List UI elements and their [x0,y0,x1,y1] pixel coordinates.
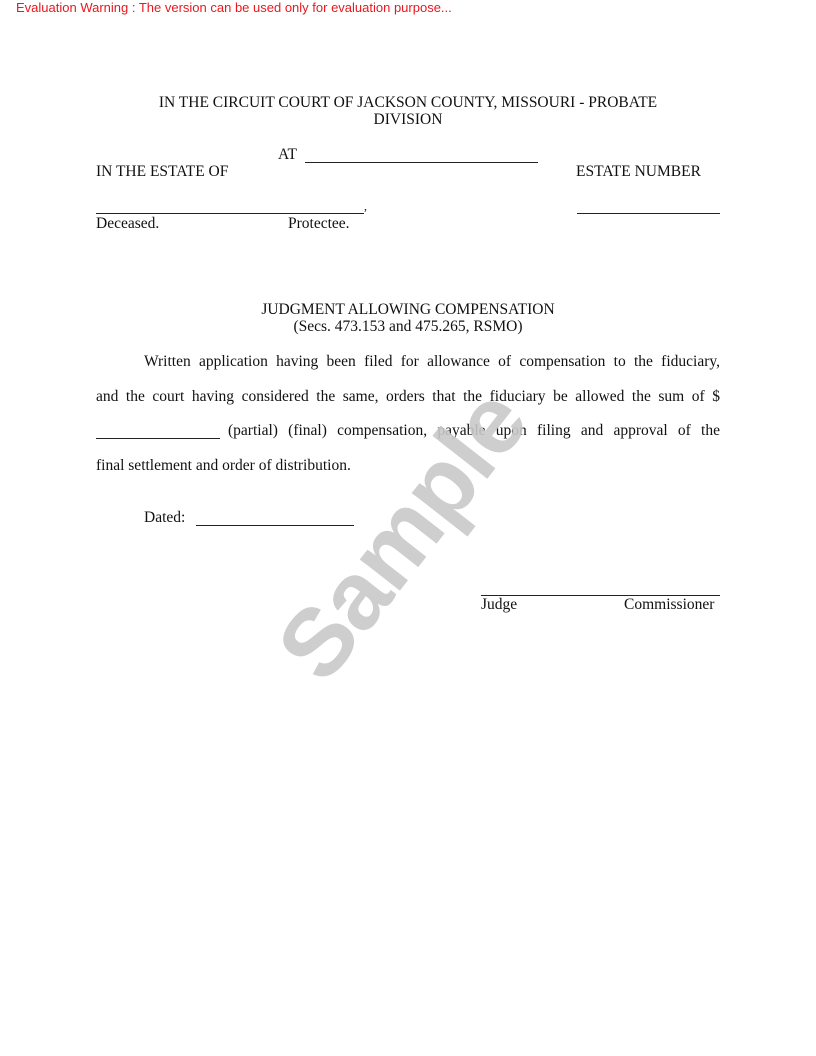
estate-of-label: IN THE ESTATE OF [96,163,228,181]
comma: , [364,199,367,214]
judgment-title: JUDGMENT ALLOWING COMPENSATION [96,301,720,319]
protectee-label: Protectee. [288,215,350,233]
at-label: AT [278,146,297,164]
date-field[interactable] [196,525,354,526]
body-line-4: final settlement and order of distributi… [96,457,720,475]
at-location-field[interactable] [305,162,538,163]
court-heading-line2: DIVISION [96,111,720,129]
dated-label: Dated: [144,509,185,527]
judgment-statute: (Secs. 473.153 and 475.265, RSMO) [96,318,720,336]
compensation-amount-field[interactable] [96,438,220,439]
body-line-3-text: (partial) (final) compensation, payable … [228,422,720,440]
estate-name-field[interactable] [96,213,364,214]
estate-number-field[interactable] [577,213,720,214]
commissioner-label: Commissioner [624,596,714,614]
estate-number-label: ESTATE NUMBER [576,163,701,181]
court-heading-line1: IN THE CIRCUIT COURT OF JACKSON COUNTY, … [96,94,720,112]
body-line-2: and the court having considered the same… [96,388,720,406]
deceased-label: Deceased. [96,215,159,233]
body-line-1: Written application having been filed fo… [144,353,720,371]
sample-watermark: Sample [256,369,549,701]
evaluation-warning: Evaluation Warning : The version can be … [16,0,452,15]
judge-label: Judge [481,596,517,614]
